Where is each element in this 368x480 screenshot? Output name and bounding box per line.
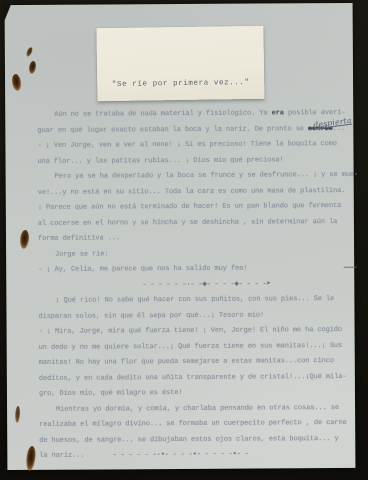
rust-stain [15, 406, 21, 423]
scan-background: "Se ríe por primera vez..." Aún no se tr… [0, 0, 368, 480]
separator-dashes: - - - - - -·- -◆- - - -◆- - - -➤ [142, 277, 270, 293]
rust-stain [11, 73, 22, 91]
rust-stain [19, 230, 30, 250]
page-title: "Se ríe por primera vez..." [97, 79, 264, 101]
text-line: la nariz...- - - - - -·•- - - -•- - - - … [39, 447, 357, 464]
rust-stain [25, 445, 37, 471]
rust-stain [28, 60, 37, 74]
overtyped-word: era [272, 109, 284, 117]
title-label: "Se ríe por primera vez..." [96, 26, 264, 101]
typed-text-block: Aún no se trataba de nada material y fis… [37, 106, 357, 464]
manuscript-page: "Se ríe por primera vez..." Aún no se tr… [5, 3, 356, 470]
rust-stain [25, 46, 34, 57]
separator-dashes: - - - - - -·•- - - -•- - - - -•- - [112, 448, 248, 464]
margin-dash: ——— [344, 261, 356, 277]
page-corner-shadow [3, 3, 12, 25]
